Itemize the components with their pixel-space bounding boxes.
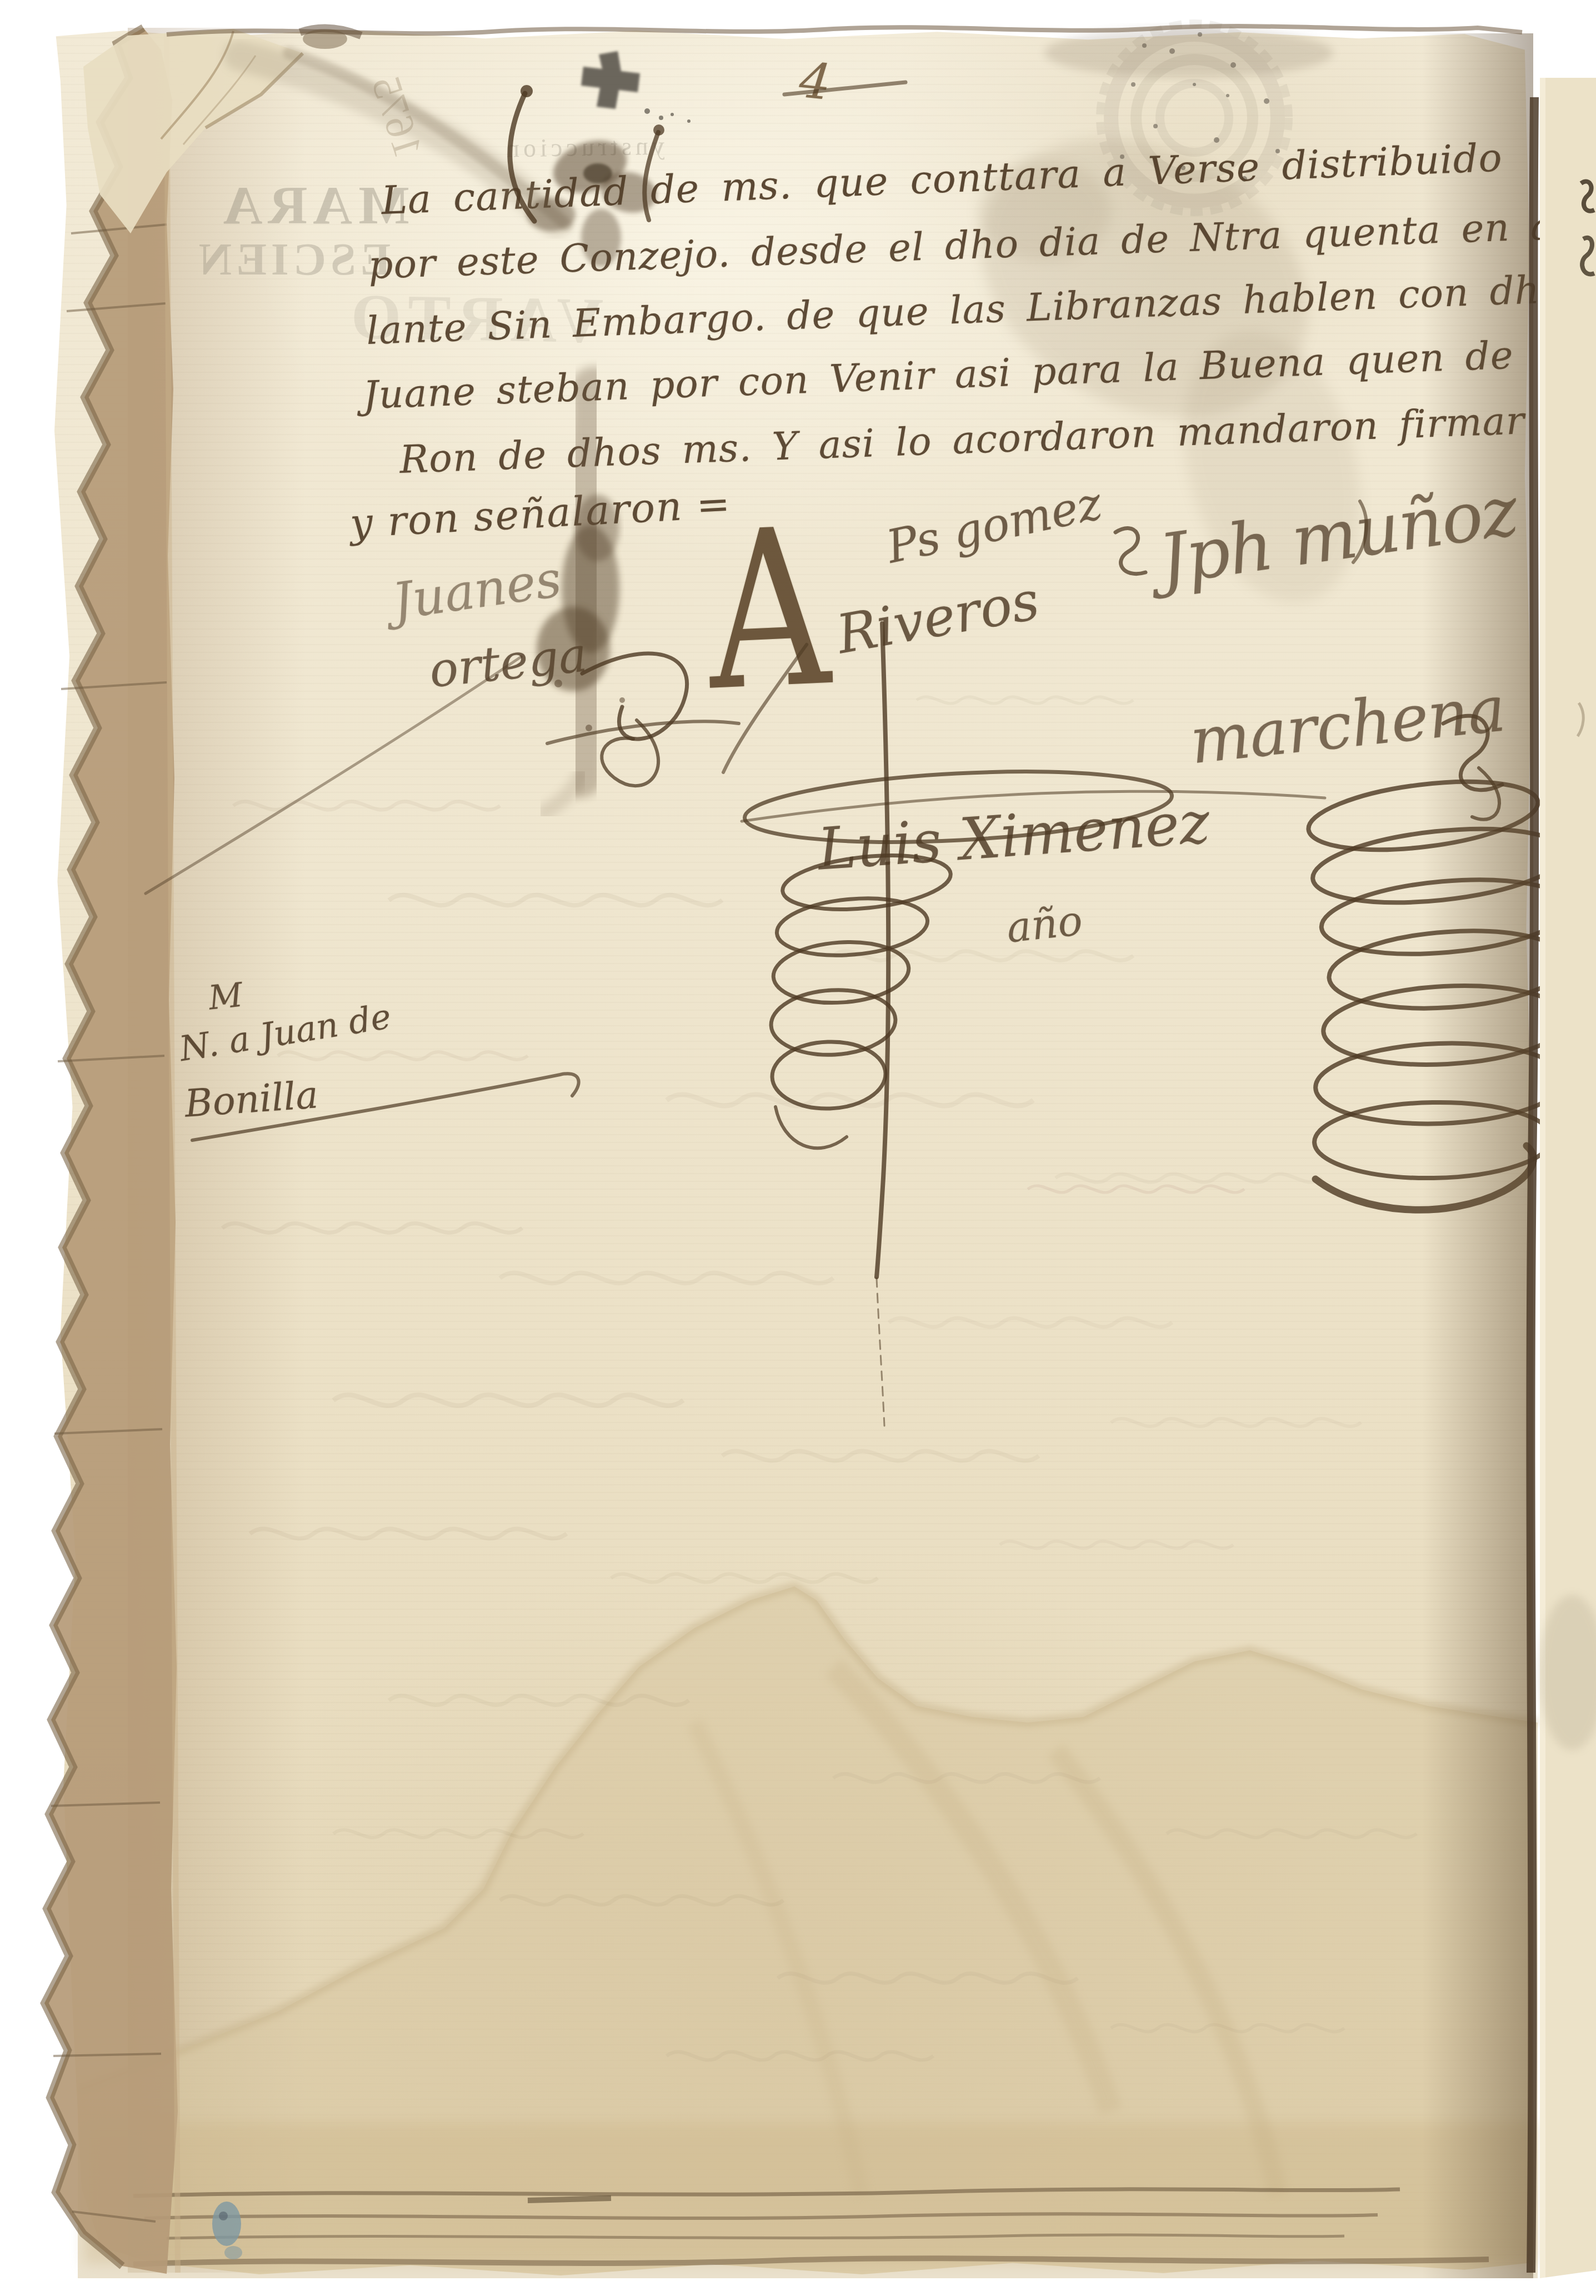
ink-cross-blot [581,51,691,123]
teal-spot [212,2202,242,2259]
pen-flourishes [146,82,1573,1426]
rubric-spiral-left [769,848,953,1148]
binding-gutter [1422,0,1596,2296]
vertical-ink-smear [537,389,625,812]
ink-and-edges-layer [0,0,1596,2296]
adjacent-page-sliver [1539,0,1596,2296]
rough-top-edge [167,26,1522,49]
margin-underline-flourish [192,1074,579,1140]
frayed-left-edge [44,28,178,2274]
manuscript-scan: ynstruccion 1675 MARA ESCIEN VARTO 4 La … [0,0,1596,2296]
